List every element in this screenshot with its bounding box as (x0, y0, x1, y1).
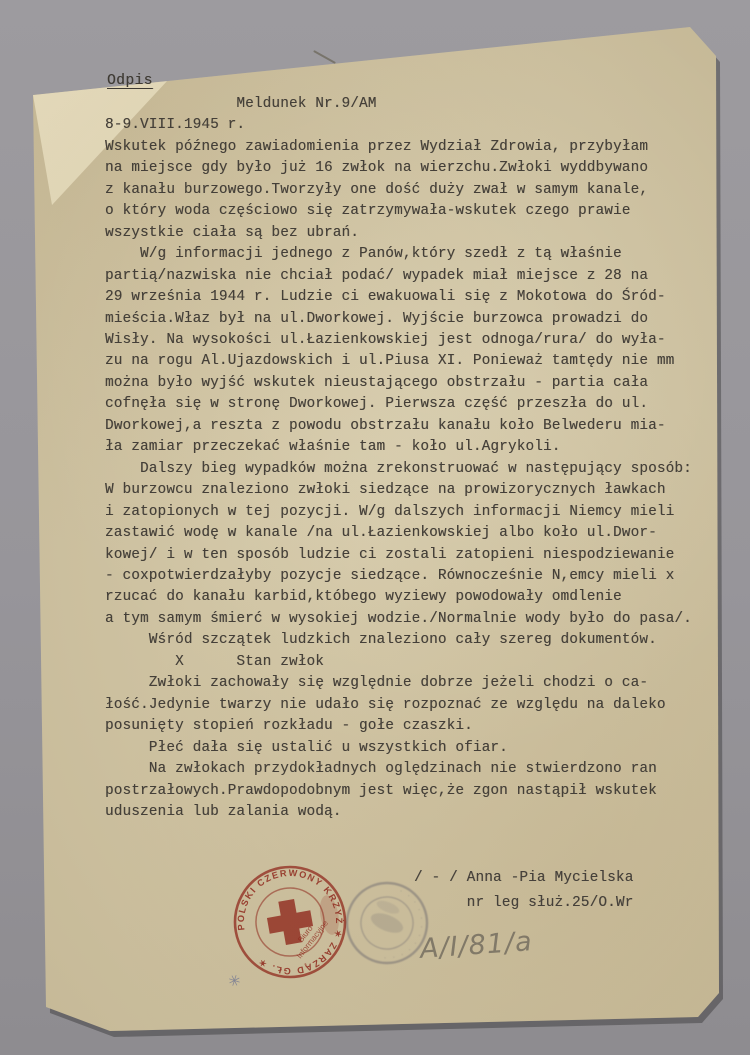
typed-line: wszystkie ciała są bez ubrań. (105, 223, 692, 244)
typed-line: a tym samym śmierć w wysokiej wodzie./No… (105, 609, 692, 630)
violet-stamp-smudge (368, 909, 406, 937)
typed-line: łość.Jedynie twarzy nie udało się rozpoz… (105, 695, 692, 716)
typed-line: z kanału burzowego.Tworzyły one dość duż… (105, 180, 692, 201)
typed-line: zastawić wodę w kanale /na ul.Łazienkows… (105, 523, 692, 544)
pencil-check-mark (313, 50, 336, 64)
typed-line: Płeć dała się ustalić u wszystkich ofiar… (105, 738, 692, 759)
typed-line: 29 września 1944 r. Ludzie ci ewakuowali… (105, 287, 692, 308)
scanned-document-page: Odpis Meldunek Nr.9/AM8-9.VIII.1945 r.Ws… (0, 0, 750, 1055)
typed-line: cofnęła się w stronę Dworkowej. Pierwsza… (105, 394, 692, 415)
typed-line: na miejsce gdy było już 16 zwłok na wier… (105, 158, 692, 179)
typed-line: postrzałowych.Prawdopodobnym jest więc,ż… (105, 781, 692, 802)
typed-line: partią/nazwiska nie chciał podać/ wypade… (105, 266, 692, 287)
typed-line: o który woda częściowo się zatrzymywała-… (105, 201, 692, 222)
copy-label: Odpis (107, 73, 153, 89)
typed-line: można było wyjść wskutek nieustającego o… (105, 373, 692, 394)
typed-line: Wisły. Na wysokości ul.Łazienkowskiej je… (105, 330, 692, 351)
red-stamp-group: POLSKI CZERWONY KRZYŻ ✶ ZARZĄD GŁ. ✶ Biu… (226, 858, 353, 985)
typed-line: Meldunek Nr.9/AM (105, 94, 692, 115)
signature-block: / - / Anna -Pia Mycielska nr leg służ.25… (414, 866, 634, 915)
typed-line: posunięty stopień rozkładu - gołe czaszk… (105, 716, 692, 737)
typed-line: Wśród szczątek ludzkich znaleziono cały … (105, 630, 692, 651)
typed-line: zu na rogu Al.Ujazdowskich i ul.Piusa XI… (105, 351, 692, 372)
typed-line: X Stan zwłok (105, 652, 692, 673)
typed-line: uduszenia lub zalania wodą. (105, 802, 692, 823)
typed-line: mieścia.Właz był na ul.Dworkowej. Wyjści… (105, 309, 692, 330)
typed-line: 8-9.VIII.1945 r. (105, 115, 692, 136)
typed-line: Zwłoki zachowały się względnie dobrze je… (105, 673, 692, 694)
typed-line: i zatopionych w tej pozycji. W/g dalszyc… (105, 502, 692, 523)
typed-line: kowej/ i w ten sposób ludzie ci zostali … (105, 545, 692, 566)
typed-line: Dworkowej,a reszta z powodu obstrzału ka… (105, 416, 692, 437)
typed-line: W/g informacji jednego z Panów,który sze… (105, 244, 692, 265)
typed-line: Wskutek późnego zawiadomienia przez Wydz… (105, 137, 692, 158)
typed-line: - coxpotwierdzałyby pozycje siedzące. Ró… (105, 566, 692, 587)
typed-line: W burzowcu znaleziono zwłoki siedzące na… (105, 480, 692, 501)
signature-line: nr leg służ.25/O.Wr (414, 891, 634, 916)
typed-line: Dalszy bieg wypadków można zrekonstruowa… (105, 459, 692, 480)
typed-body-text: Meldunek Nr.9/AM8-9.VIII.1945 r.Wskutek … (105, 94, 692, 823)
signature-line: / - / Anna -Pia Mycielska (414, 866, 634, 891)
typed-line: rzucać do kanału karbid,któbego wyziewy … (105, 587, 692, 608)
typed-line: ła zamiar przeczekać właśnie tam - koło … (105, 437, 692, 458)
typed-line: Na zwłokach przydokładnych oględzinach n… (105, 759, 692, 780)
